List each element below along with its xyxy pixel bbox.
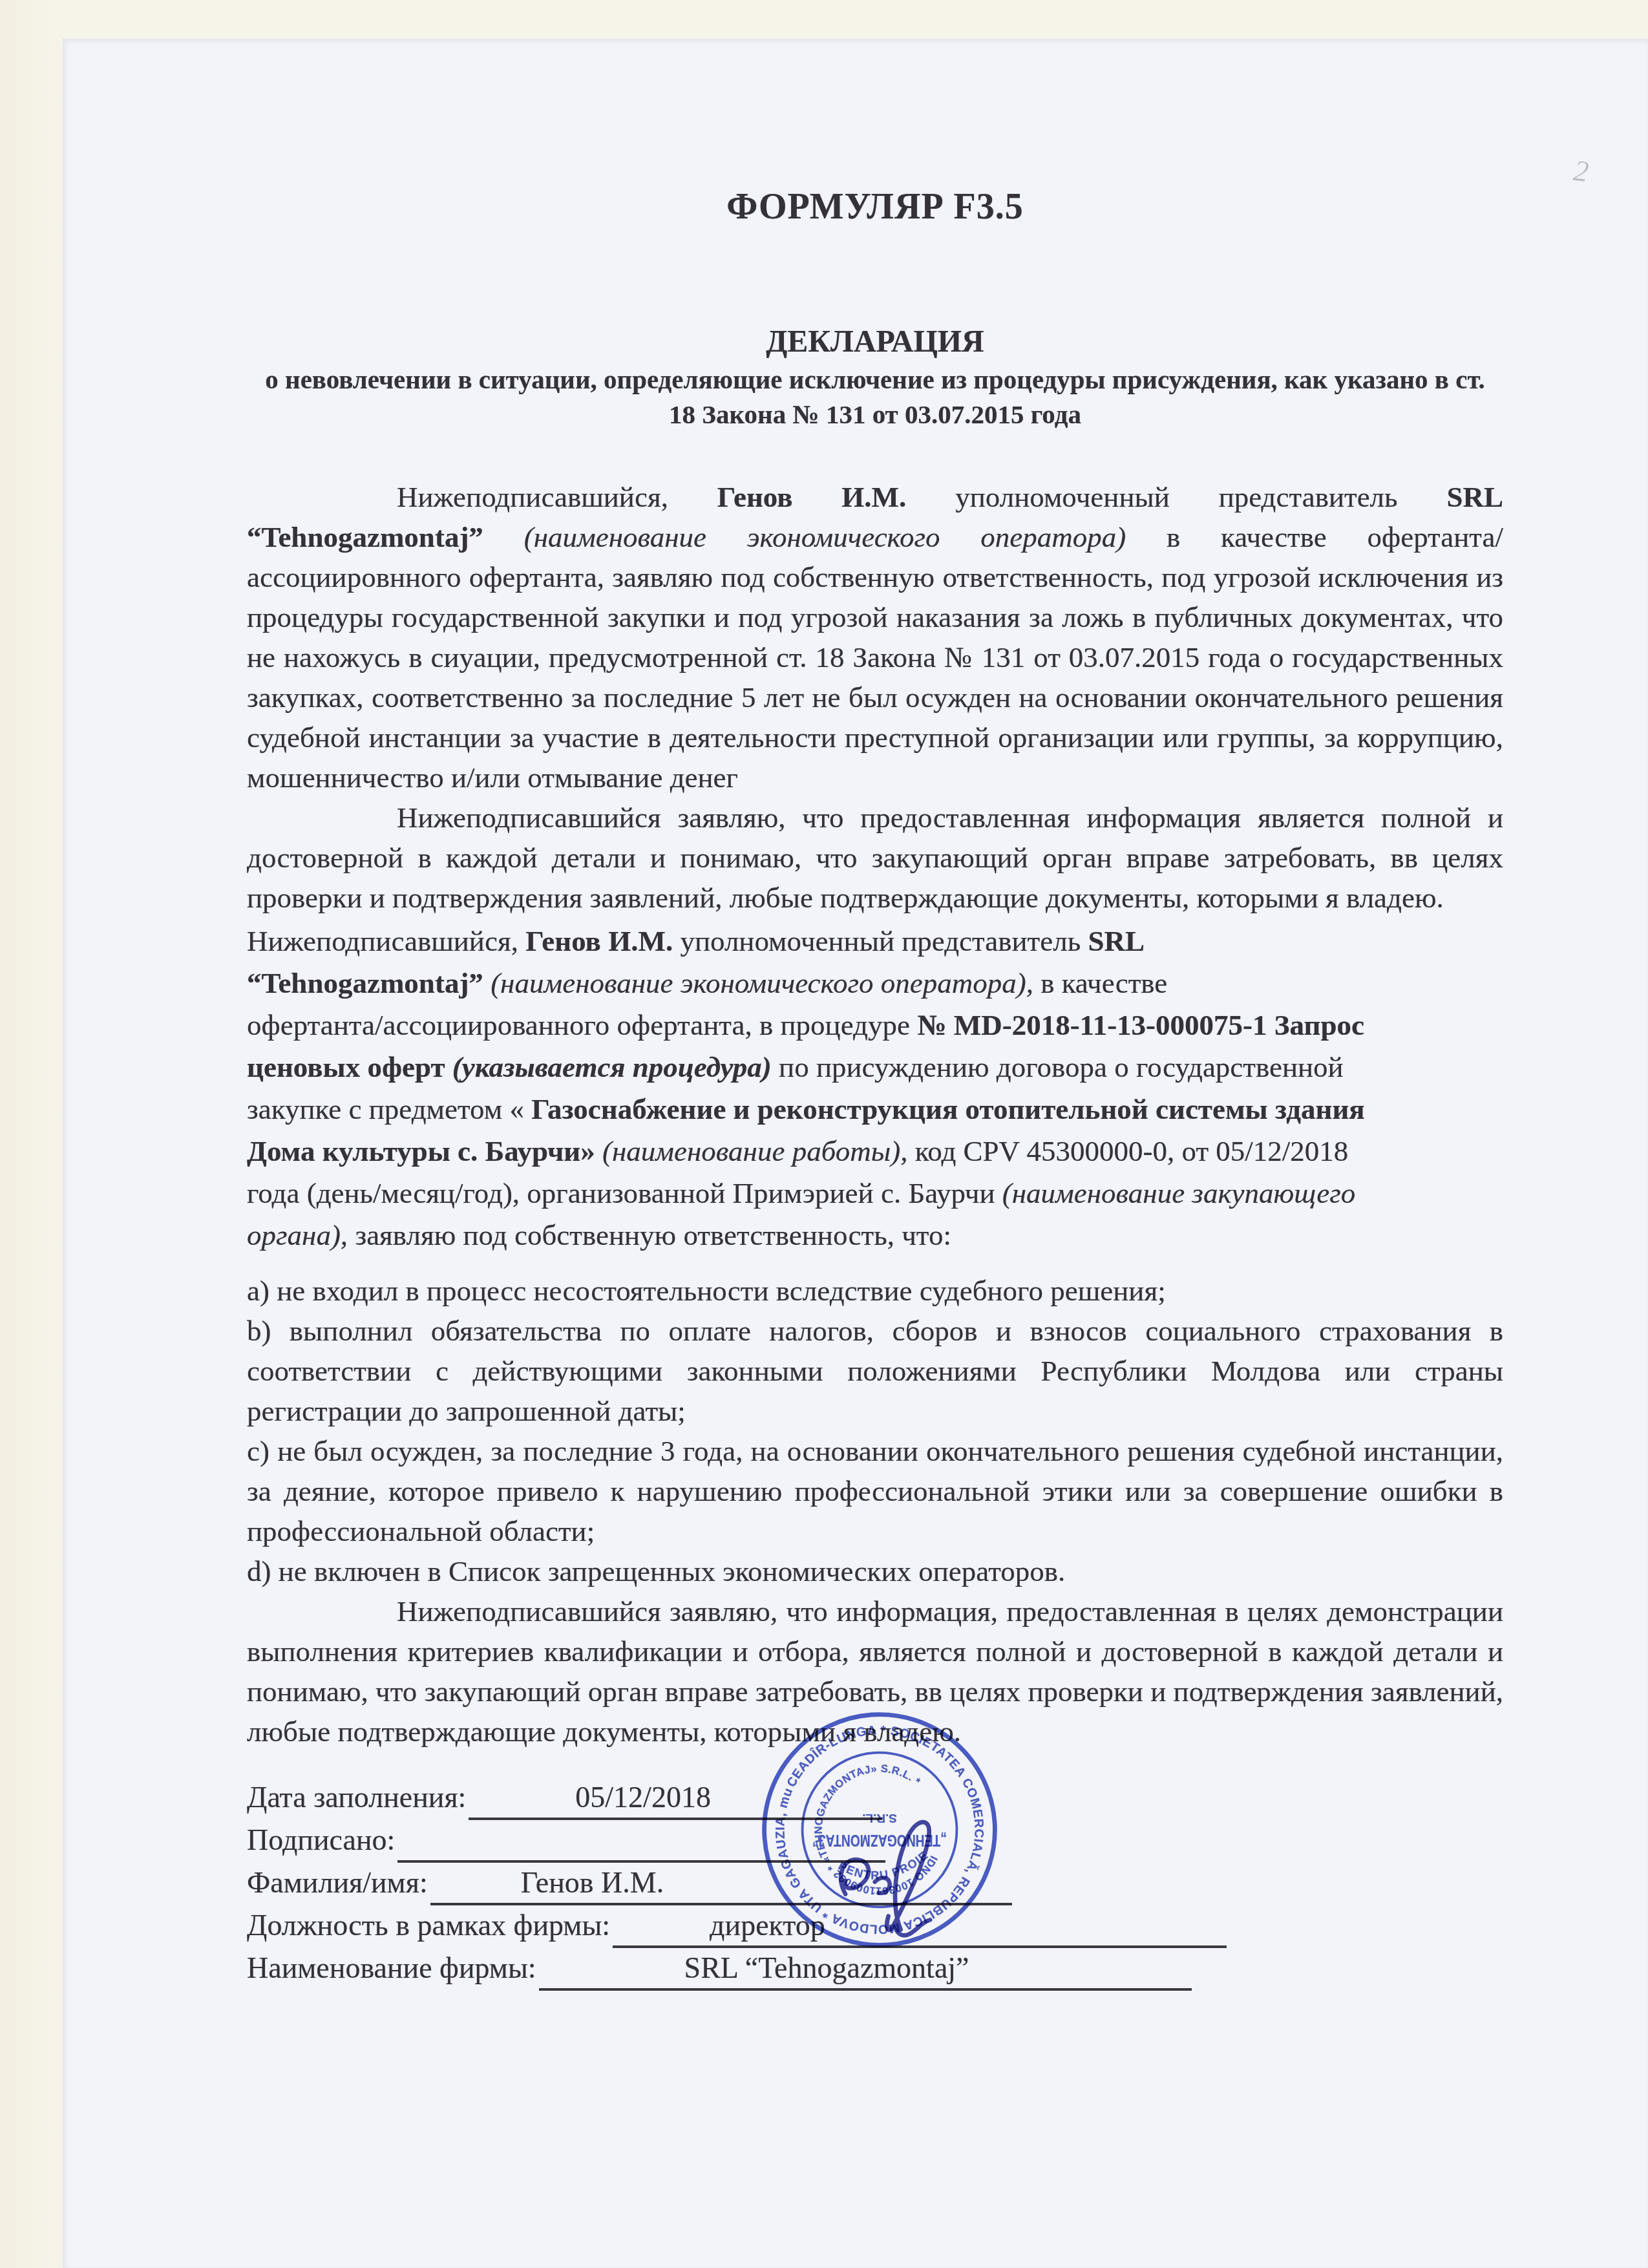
surname-name-label: Фамилия/имя: bbox=[247, 1866, 428, 1899]
handwritten-signature bbox=[819, 1802, 948, 1949]
list-item-a: a) не входил в процесс несостоятельности… bbox=[247, 1271, 1503, 1311]
procedure-line: “Tehnogazmontaj” (наименование экономиче… bbox=[247, 962, 1503, 1004]
procedure-line: закупке с предметом « Газоснабжение и ре… bbox=[247, 1088, 1503, 1130]
document-content: ФОРМУЛЯР F3.5 ДЕКЛАРАЦИЯ о невовлечении … bbox=[247, 39, 1503, 1993]
procedure-line: офертанта/ассоциированного офертанта, в … bbox=[247, 1004, 1503, 1046]
declaration-subtitle-line2: 18 Закона № 131 от 03.07.2015 года bbox=[247, 398, 1503, 430]
fill-date-label: Дата заполнения: bbox=[247, 1781, 466, 1814]
list-item-c: c) не был осужден, за последние 3 года, … bbox=[247, 1431, 1503, 1551]
declaration-subtitle-line1: о невовлечении в ситуации, определяющие … bbox=[247, 363, 1503, 396]
declaration-items-list: a) не входил в процесс несостоятельности… bbox=[247, 1271, 1503, 1591]
procedure-line: Дома культуры с. Баурчи» (наименование р… bbox=[247, 1130, 1503, 1172]
signed-label: Подписано: bbox=[247, 1823, 395, 1856]
company-name-label: Наименование фирмы: bbox=[247, 1951, 536, 1984]
form-title: ФОРМУЛЯР F3.5 bbox=[247, 185, 1503, 229]
paragraph-information-truthful: Нижеподписавшийся заявляю, что предостав… bbox=[247, 798, 1503, 918]
procedure-line: ценовых оферт (указывается процедура) по… bbox=[247, 1046, 1503, 1088]
company-name-value: SRL “Tehnogazmontaj” bbox=[539, 1951, 969, 1985]
fill-date-value: 05/12/2018 bbox=[469, 1780, 711, 1814]
list-item-b: b) выполнил обязательства по оплате нало… bbox=[247, 1311, 1503, 1431]
surname-name-value: Генов И.М. bbox=[430, 1865, 664, 1900]
position-label: Должность в рамках фирмы: bbox=[247, 1909, 610, 1942]
procedure-line: Нижеподписавшийся, Генов И.М. уполномоче… bbox=[247, 920, 1503, 962]
procedure-line: года (день/месяц/год), организованной Пр… bbox=[247, 1172, 1503, 1214]
pencil-page-number: 2 bbox=[1572, 153, 1590, 189]
company-name-line: SRL “Tehnogazmontaj” bbox=[539, 1951, 1192, 1991]
paragraph-eligibility: Нижеподписавшийся, Генов И.М. уполномоче… bbox=[247, 477, 1503, 798]
field-company-name: Наименование фирмы:SRL “Tehnogazmontaj” bbox=[247, 1951, 1503, 1993]
document-page: 2 ФОРМУЛЯР F3.5 ДЕКЛАРАЦИЯ о невовлечени… bbox=[63, 39, 1648, 2268]
scanned-declaration-document: { "page": { "corner_mark": "2", "form_ti… bbox=[0, 0, 1648, 2268]
list-item-d: d) не включен в Список запрещенных эконо… bbox=[247, 1551, 1503, 1591]
signature-block: Дата заполнения:05/12/2018 Подписано: Фа… bbox=[247, 1780, 1503, 1993]
procedure-line: органа), заявляю под собственную ответст… bbox=[247, 1214, 1503, 1256]
paragraph-procedure: Нижеподписавшийся, Генов И.М. уполномоче… bbox=[247, 920, 1503, 1256]
declaration-title: ДЕКЛАРАЦИЯ bbox=[247, 323, 1503, 361]
